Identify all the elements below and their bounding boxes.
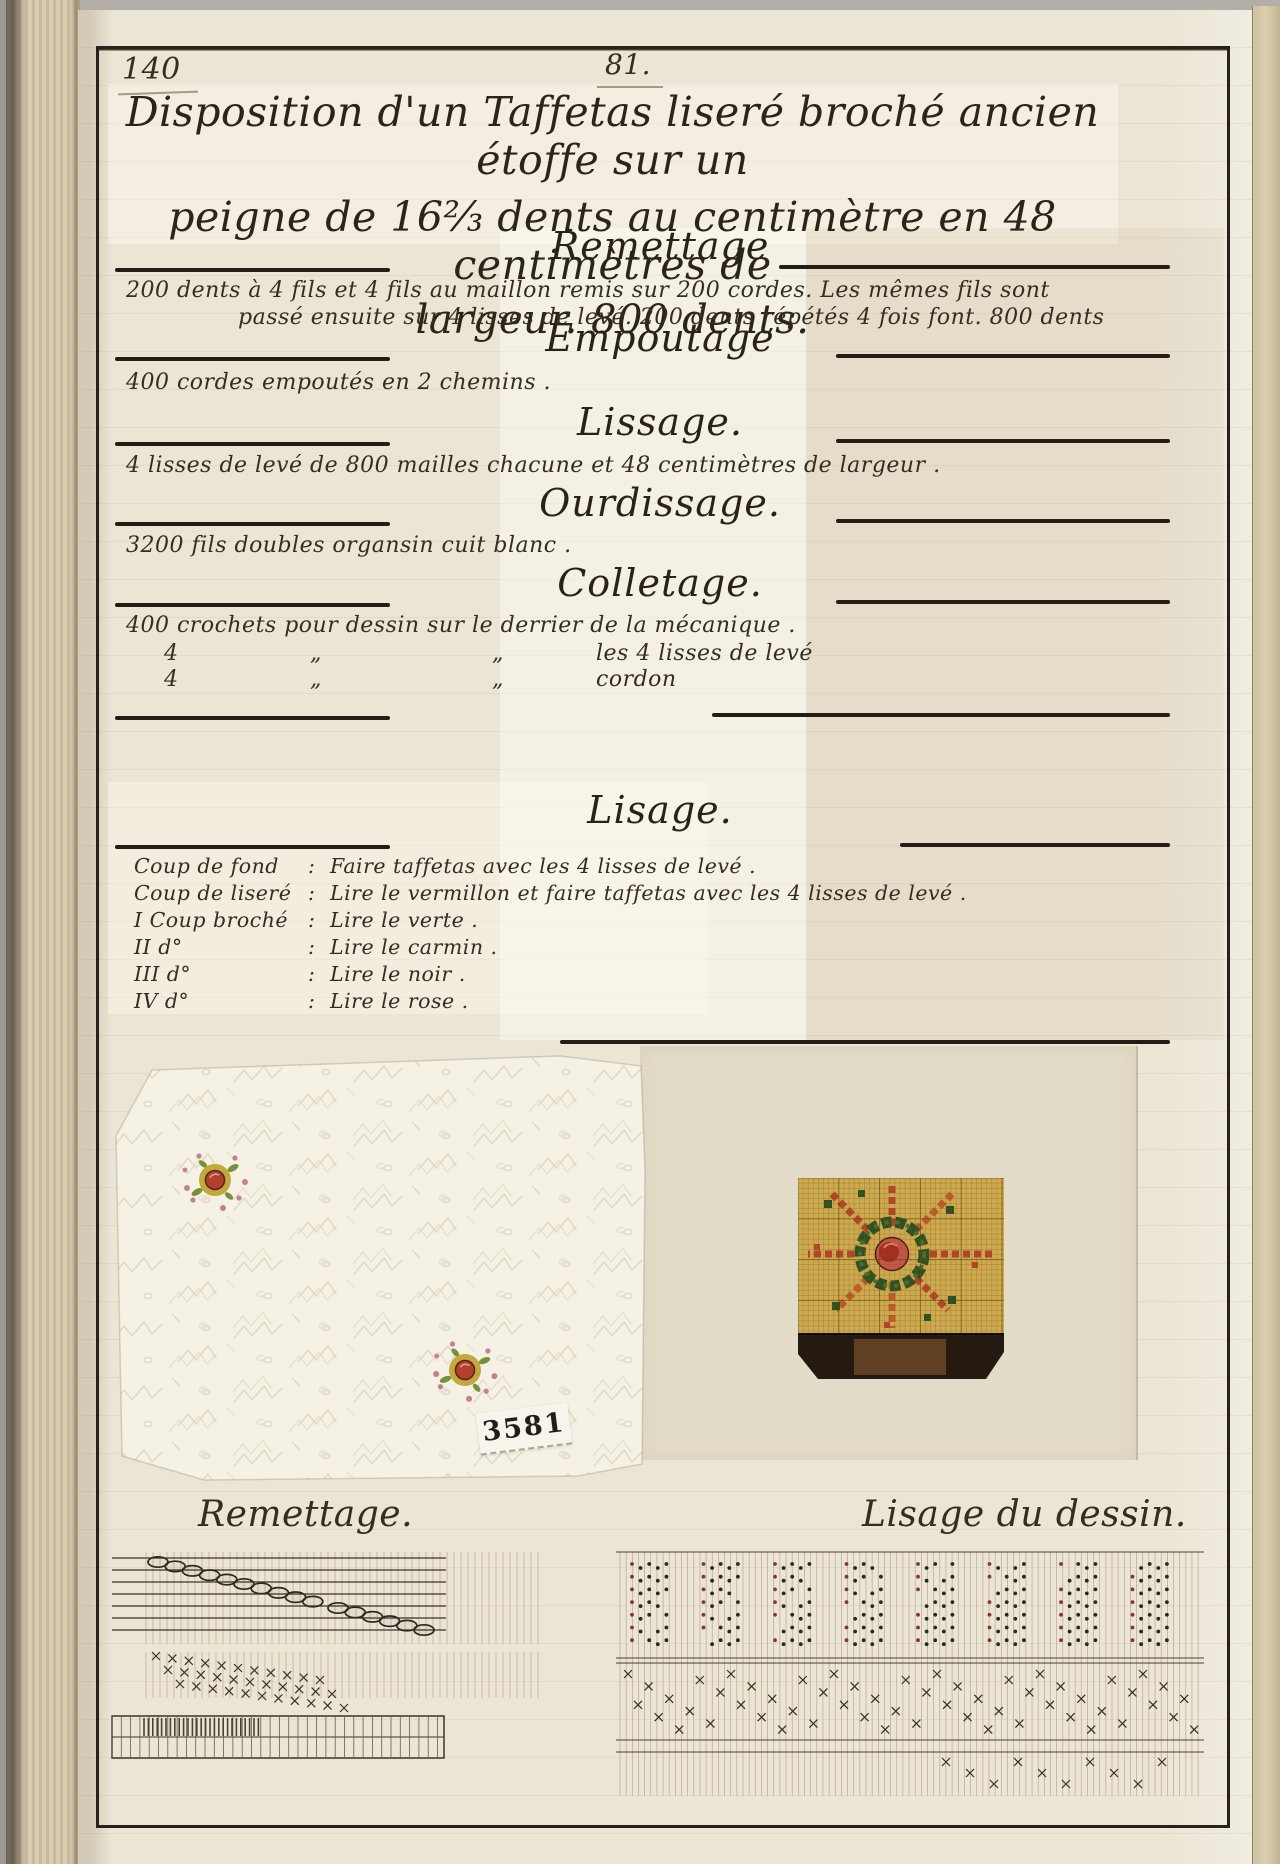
lisage-row: III d°:Lire le noir . bbox=[96, 962, 1224, 989]
ditto-mark: „ bbox=[492, 667, 504, 692]
colon: : bbox=[308, 935, 315, 959]
section-rule bbox=[560, 1040, 1170, 1044]
diagram-caption-remettage: Remettage. bbox=[198, 1494, 413, 1535]
lisage-text: Lire le vermillon et faire taffetas avec… bbox=[330, 881, 967, 905]
section-lissage: Lissage. 4 lisses de levé de 800 mailles… bbox=[96, 400, 1224, 490]
section-heading: Lisage. bbox=[96, 788, 1224, 832]
section-rule bbox=[900, 843, 1170, 847]
lisage-row: Coup de fond:Faire taffetas avec les 4 l… bbox=[96, 854, 1224, 881]
section-heading: Remettage bbox=[96, 224, 1224, 268]
lisage-label: IV d° bbox=[134, 989, 189, 1013]
section-body: 200 dents à 4 fils et 4 fils au maillon … bbox=[126, 278, 1050, 303]
section-body: 4 lisses de levé de 800 mailles chacune … bbox=[126, 453, 941, 478]
lisage-label: II d° bbox=[134, 935, 183, 959]
ditto-mark: „ bbox=[492, 641, 504, 666]
section-rule bbox=[836, 519, 1170, 523]
colon: : bbox=[308, 908, 315, 932]
section-empoutage: Empoutage 400 cordes empoutés en 2 chemi… bbox=[96, 316, 1224, 406]
section-colletage: Colletage. 400 crochets pour dessin sur … bbox=[96, 561, 1224, 701]
lisage-row: II d°:Lire le carmin . bbox=[96, 935, 1224, 962]
lisage-text: Lire le carmin . bbox=[330, 935, 498, 959]
lisage-du-dessin-diagram bbox=[616, 1540, 1208, 1820]
section-heading: Colletage. bbox=[96, 561, 1224, 605]
section-rule bbox=[115, 845, 390, 849]
section-rule bbox=[836, 600, 1170, 604]
lisage-row: IV d°:Lire le rose . bbox=[96, 989, 1224, 1016]
folio-number-center: 81. bbox=[605, 48, 651, 81]
book-right-page-edge bbox=[1252, 6, 1280, 1864]
section-rule bbox=[115, 716, 390, 720]
lisage-text: Lire le verte . bbox=[330, 908, 478, 932]
section-rule bbox=[836, 354, 1170, 358]
colon: : bbox=[308, 962, 315, 986]
lisage-text: Lire le rose . bbox=[330, 989, 469, 1013]
lisage-label: III d° bbox=[134, 962, 191, 986]
section-rule bbox=[779, 265, 1170, 269]
section-rule bbox=[115, 357, 390, 361]
section-body: 400 crochets pour dessin sur le derrier … bbox=[126, 613, 796, 638]
lisage-row: I Coup broché:Lire le verte . bbox=[96, 908, 1224, 935]
colon: : bbox=[308, 854, 315, 878]
lisage-row: Coup de liseré:Lire le vermillon et fair… bbox=[96, 881, 1224, 908]
ditto-mark: „ bbox=[310, 641, 322, 666]
folio-number-left: 140 bbox=[122, 52, 181, 87]
section-rule bbox=[115, 442, 390, 446]
lisage-label: Coup de liseré bbox=[134, 881, 291, 905]
section-rule bbox=[115, 268, 390, 272]
section-ourdissage: Ourdissage. 3200 fils doubles organsin c… bbox=[96, 481, 1224, 571]
colon: : bbox=[308, 881, 315, 905]
title-line-1: Disposition d'un Taffetas liseré broché … bbox=[110, 88, 1115, 184]
book-left-page-stack bbox=[0, 0, 80, 1864]
colletage-qty: 4 bbox=[164, 667, 179, 692]
section-body: 400 cordes empoutés en 2 chemins . bbox=[126, 370, 551, 395]
lisage-label: I Coup broché bbox=[134, 908, 288, 932]
colletage-qty: 4 bbox=[164, 641, 179, 666]
remettage-diagram bbox=[110, 1548, 560, 1783]
section-rule bbox=[836, 439, 1170, 443]
colletage-text: les 4 lisses de levé bbox=[596, 641, 813, 666]
colon: : bbox=[308, 989, 315, 1013]
section-body: 3200 fils doubles organsin cuit blanc . bbox=[126, 533, 572, 558]
colletage-text: cordon bbox=[596, 667, 677, 692]
lisage-label: Coup de fond bbox=[134, 854, 279, 878]
lisage-text: Lire le noir . bbox=[330, 962, 466, 986]
ditto-mark: „ bbox=[310, 667, 322, 692]
section-rule bbox=[115, 603, 390, 607]
point-paper-design-image bbox=[796, 1176, 1006, 1382]
scanned-notebook-page: 140 81. Disposition d'un Taffetas liseré… bbox=[0, 0, 1280, 1864]
section-rule bbox=[115, 522, 390, 526]
diagram-caption-lisage: Lisage du dessin. bbox=[862, 1494, 1187, 1535]
section-heading: Lissage. bbox=[96, 400, 1224, 444]
lisage-text: Faire taffetas avec les 4 lisses de levé… bbox=[330, 854, 756, 878]
section-rule bbox=[712, 713, 1170, 717]
section-lisage: Lisage. Coup de fond:Faire taffetas avec… bbox=[96, 788, 1224, 1018]
